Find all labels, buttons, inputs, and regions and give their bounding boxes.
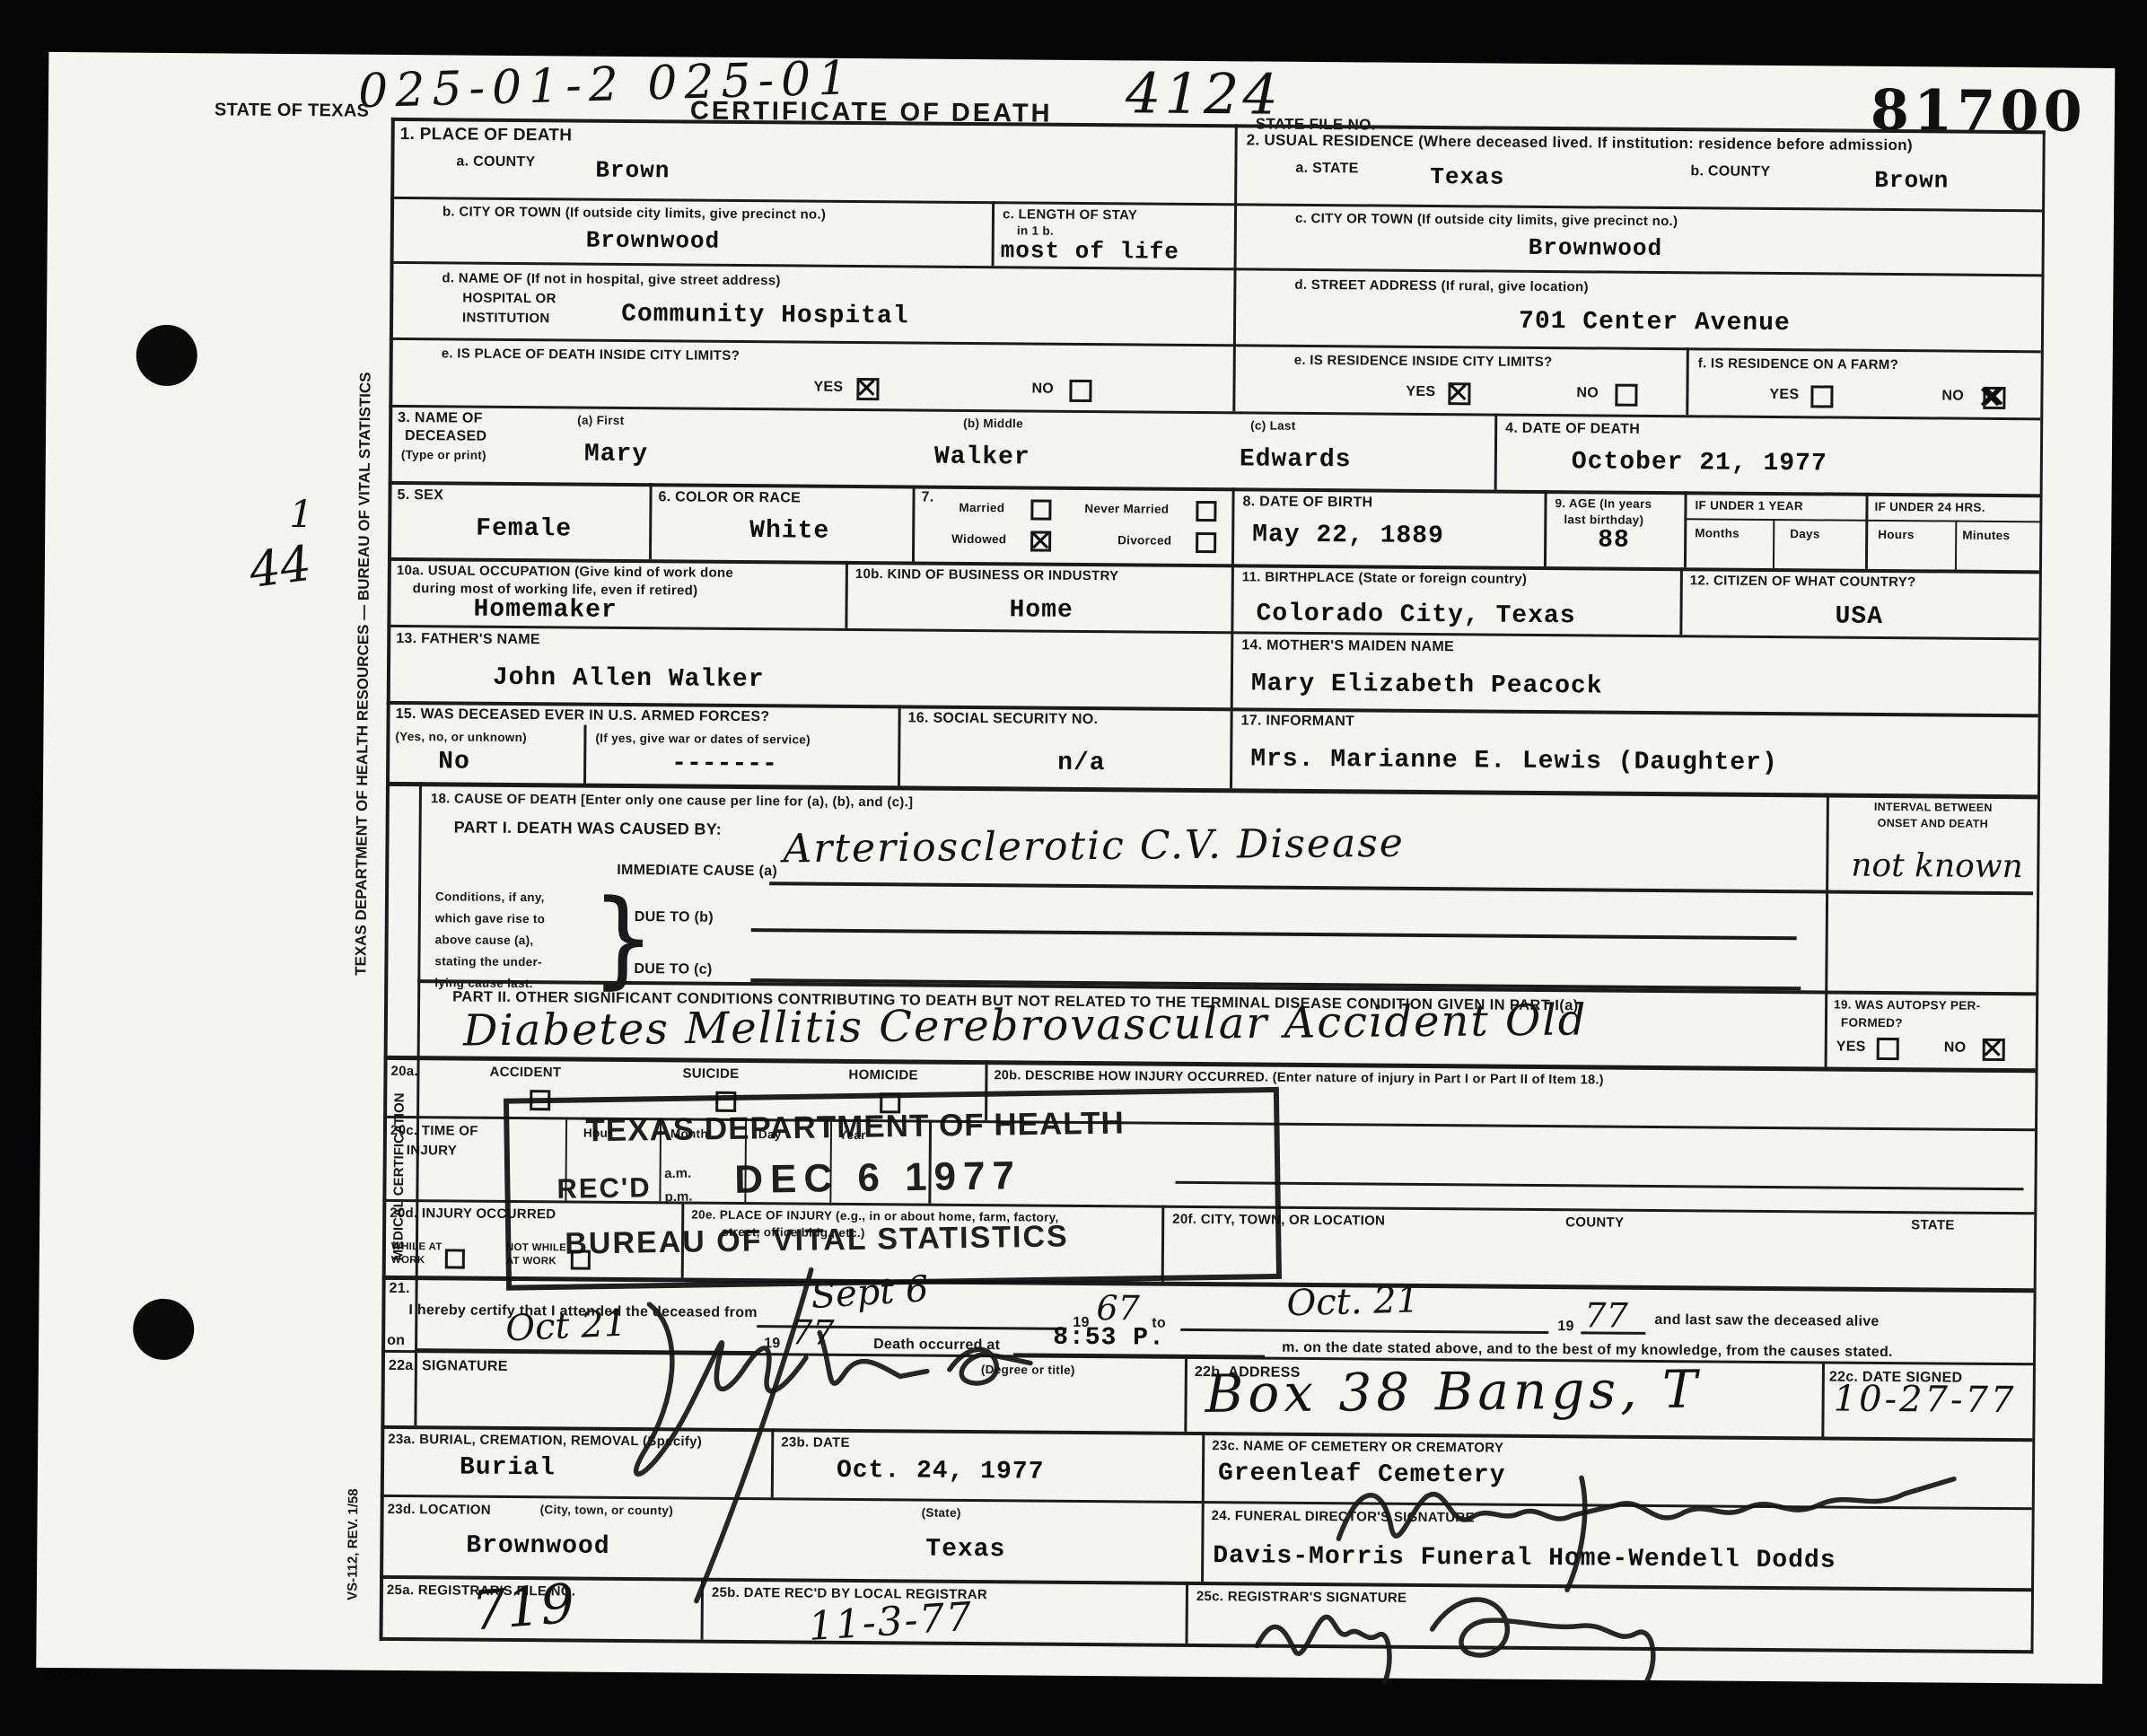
ssn-value: n/a	[1057, 750, 1106, 777]
stamp-date: DEC 6 1977	[734, 1153, 1021, 1203]
stay-label: c. LENGTH OF STAY	[1003, 206, 1137, 223]
margin-handwritten-44: 44	[246, 535, 314, 599]
race-value: White	[749, 517, 829, 546]
grid-line	[389, 405, 2040, 420]
occupation-value: Homemaker	[473, 596, 617, 625]
deceased-title-3: (Type or print)	[401, 448, 486, 462]
informant-value: Mrs. Marianne E. Lewis (Daughter)	[1250, 745, 1778, 777]
interval-value: not known	[1851, 847, 2023, 886]
grid-line	[1686, 347, 1689, 415]
farm-label: f. IS RESIDENCE ON A FARM?	[1698, 355, 1899, 373]
certify-line1-b: and last saw the deceased alive	[1654, 1312, 1879, 1330]
grid-line	[1201, 1501, 1205, 1582]
interval-label-2: ONSET AND DEATH	[1878, 817, 1988, 830]
deceased-title-1: 3. NAME OF	[398, 410, 483, 427]
injury-20b-line	[1176, 1181, 2024, 1190]
grid-line	[1186, 1582, 1189, 1644]
under-1-year-label: IF UNDER 1 YEAR	[1695, 498, 1803, 513]
due-b-line	[751, 928, 1797, 940]
married-label: Married	[959, 501, 1004, 514]
age-value: 88	[1598, 526, 1630, 554]
dob-value: May 22, 1889	[1252, 521, 1444, 550]
months-label: Months	[1695, 526, 1740, 539]
pod-county-value: Brown	[595, 157, 670, 185]
punch-hole	[133, 1299, 195, 1361]
funeral-director-signature	[1320, 1440, 1967, 1598]
registrar-signature	[1230, 1578, 1751, 1690]
conditions-line-3: above cause (a),	[435, 933, 534, 947]
signature-label: 22a. SIGNATURE	[389, 1358, 508, 1375]
suicide-label: SUICIDE	[682, 1065, 739, 1081]
certify-19-b: 19	[1557, 1319, 1574, 1335]
location-city-value: Brownwood	[466, 1532, 609, 1561]
hours-label: Hours	[1878, 528, 1915, 541]
hospital-label-2: HOSPITAL OR	[462, 291, 556, 307]
certify-number: 21.	[390, 1281, 410, 1297]
burial-label: 23a. BURIAL, CREMATION, REMOVAL (Specify…	[388, 1432, 702, 1450]
stamp-am-label: a.m.	[664, 1166, 691, 1181]
father-value: John Allen Walker	[493, 664, 765, 694]
injury-20b-label: 20b. DESCRIBE HOW INJURY OCCURRED. (Ente…	[994, 1068, 1604, 1087]
cause-a-line	[769, 881, 2033, 895]
due-to-c-label: DUE TO (c)	[634, 961, 712, 978]
armed-forces-answer: No	[438, 748, 470, 776]
citizen-label: 12. CITIZEN OF WHAT COUNTRY?	[1690, 573, 1916, 590]
residence-title: 2. USUAL RESIDENCE (Where deceased lived…	[1247, 131, 1913, 154]
grid-line	[583, 725, 587, 784]
while-at-work-checkbox[interactable]	[445, 1249, 465, 1268]
injury-20c-label-1: 20c. TIME OF	[390, 1123, 478, 1139]
conditions-brace: }	[591, 877, 655, 1000]
autopsy-label-2: FORMED?	[1841, 1016, 1903, 1030]
punch-hole	[136, 325, 197, 387]
margin-handwritten-1: 1	[289, 492, 313, 536]
last-name-value: Edwards	[1240, 445, 1352, 474]
days-label: Days	[1790, 527, 1820, 540]
dob-label: 8. DATE OF BIRTH	[1242, 494, 1372, 511]
citizen-value: USA	[1835, 603, 1883, 631]
grid-line	[1494, 414, 1498, 490]
burial-type-value: Burial	[460, 1454, 556, 1483]
margin-department-label: TEXAS DEPARTMENT OF HEALTH RESOURCES — B…	[352, 372, 374, 976]
location-label: 23d. LOCATION	[388, 1502, 491, 1518]
cause-of-death-label: 18. CAUSE OF DEATH [Enter only one cause…	[431, 791, 914, 810]
divorced-label: Divorced	[1117, 533, 1171, 547]
grid-line	[1202, 1432, 1205, 1501]
injury-county-label: COUNTY	[1565, 1214, 1624, 1231]
place-of-death-title: 1. PLACE OF DEATH	[400, 125, 573, 146]
registrar-file-value: 719	[469, 1573, 577, 1644]
grid-line	[992, 201, 995, 266]
hospital-label-3: INSTITUTION	[462, 311, 550, 327]
first-name-label: (a) First	[577, 414, 624, 427]
certify-to-hand: Oct. 21	[1286, 1279, 1420, 1324]
res-county-label: b. COUNTY	[1690, 163, 1770, 180]
farm-yes-label: YES	[1769, 387, 1799, 403]
widowed-checkbox[interactable]	[1030, 530, 1051, 551]
homicide-label: HOMICIDE	[848, 1067, 918, 1083]
injury-state-label: STATE	[1911, 1217, 1955, 1232]
mother-value: Mary Elizabeth Peacock	[1251, 670, 1603, 700]
date-of-death-value: October 21, 1977	[1572, 448, 1827, 478]
immediate-cause-value: Arteriosclerotic C.V. Disease	[783, 820, 1405, 872]
grid-line	[649, 483, 653, 559]
date-signed-value: 10-27-77	[1833, 1379, 2016, 1422]
autopsy-yes-checkbox[interactable]	[1877, 1038, 1899, 1060]
pod-yes-label: YES	[813, 380, 843, 396]
street-label: d. STREET ADDRESS (If rural, give locati…	[1294, 277, 1589, 295]
certificate-page: TEXAS DEPARTMENT OF HEALTH RESOURCES — B…	[36, 52, 2115, 1684]
certify-to-year-hand: 77	[1584, 1295, 1628, 1335]
location-state-value: Texas	[925, 1536, 1005, 1565]
armed-forces-sub-2: (If yes, give war or dates of service)	[595, 732, 811, 747]
grid-line	[389, 481, 2040, 497]
certify-on-word: on	[387, 1333, 405, 1349]
grid-line	[387, 625, 2038, 640]
ssn-label: 16. SOCIAL SECURITY NO.	[908, 710, 1099, 728]
accident-label: ACCIDENT	[489, 1065, 561, 1081]
while-at-work-label-1: WHILE AT	[391, 1241, 443, 1252]
hospital-value: Community Hospital	[621, 301, 909, 331]
under-24-hrs-label: IF UNDER 24 HRS.	[1874, 500, 1985, 514]
middle-name-value: Walker	[934, 443, 1030, 472]
while-at-work-label-2: WORK	[391, 1255, 425, 1266]
grid-line	[898, 705, 901, 785]
grid-line	[1821, 1361, 1825, 1436]
res-city-label: c. CITY OR TOWN (If outside city limits,…	[1295, 211, 1678, 229]
age-label-1: 9. AGE (In years	[1555, 496, 1652, 511]
last-name-label: (c) Last	[1250, 418, 1296, 432]
business-value: Home	[1009, 596, 1073, 625]
physician-signature	[539, 1249, 1170, 1613]
grid-line	[1684, 491, 1687, 567]
burial-date-label: 23b. DATE	[781, 1434, 850, 1451]
grid-line	[1825, 793, 1829, 1066]
stamp-pm-label: p.m.	[664, 1189, 692, 1205]
divorced-checkbox[interactable]	[1196, 532, 1216, 553]
armed-forces-label: 15. WAS DECEASED EVER IN U.S. ARMED FORC…	[396, 706, 770, 725]
address-value: Box 38 Bangs, T	[1205, 1359, 1702, 1425]
date-of-death-label: 4. DATE OF DEATH	[1505, 421, 1640, 438]
due-to-b-label: DUE TO (b)	[635, 909, 714, 926]
stamp-recd-label: REC'D	[556, 1171, 652, 1206]
middle-name-label: (b) Middle	[963, 416, 1023, 431]
location-city-sub-label: (City, town, or county)	[540, 1503, 674, 1517]
armed-forces-dates: -------	[671, 750, 777, 778]
conditions-line-4: stating the under-	[434, 954, 542, 969]
armed-forces-sub-1: (Yes, no, or unknown)	[395, 730, 527, 744]
grid-line	[1184, 1356, 1187, 1432]
res-limits-label: e. IS RESIDENCE INSIDE CITY LIMITS?	[1294, 353, 1553, 370]
grid-line	[845, 561, 848, 628]
state-file-number: 81700	[1871, 77, 2087, 145]
conditions-line-2: which gave rise to	[435, 911, 546, 925]
pod-limits-label: e. IS PLACE OF DEATH INSIDE CITY LIMITS?	[442, 346, 740, 364]
birthplace-label: 11. BIRTHPLACE (State or foreign country…	[1242, 569, 1527, 586]
father-label: 13. FATHER'S NAME	[396, 631, 540, 648]
pod-county-label: a. COUNTY	[456, 153, 535, 171]
first-name-value: Mary	[584, 441, 648, 469]
sex-label: 5. SEX	[397, 487, 443, 504]
informant-label: 17. INFORMANT	[1241, 713, 1355, 730]
margin-form-number: VS-112, REV. 1/58	[345, 1488, 361, 1600]
never-married-checkbox[interactable]	[1196, 501, 1216, 522]
pod-no-label: NO	[1031, 381, 1054, 398]
street-value: 701 Center Avenue	[1519, 308, 1791, 338]
race-label: 6. COLOR OR RACE	[658, 489, 801, 506]
autopsy-no-checkbox[interactable]	[1983, 1039, 2005, 1061]
grid-line	[1773, 519, 1775, 568]
marital-number: 7.	[921, 490, 933, 506]
location-state-sub-label: (State)	[922, 1506, 961, 1520]
pod-no-checkbox[interactable]	[1069, 380, 1091, 402]
pod-city-label: b. CITY OR TOWN (If outside city limits,…	[443, 204, 826, 222]
widowed-label: Widowed	[951, 532, 1006, 546]
grid-line	[1955, 521, 1957, 570]
farm-no-checkbox[interactable]	[1983, 387, 2005, 409]
age-label-2: last birthday)	[1564, 513, 1643, 527]
grid-line	[912, 485, 916, 561]
stay-sub-label: in 1 b.	[1017, 224, 1054, 237]
res-state-label: a. STATE	[1295, 161, 1358, 178]
stamp-line-1: TEXAS DEPARTMENT OF HEALTH	[585, 1105, 1125, 1149]
stay-value: most of life	[1001, 237, 1179, 266]
state-of-texas-label: STATE OF TEXAS	[215, 100, 370, 121]
grid-line	[1544, 490, 1547, 566]
res-yes-label: YES	[1406, 384, 1435, 400]
hospital-label-1: d. NAME OF (If not in hospital, give str…	[442, 270, 780, 288]
res-yes-checkbox[interactable]	[1448, 382, 1470, 405]
part2-value: Diabetes Mellitis Cerebrovascular Accide…	[463, 995, 1588, 1056]
certify-line	[1581, 1331, 1645, 1335]
autopsy-label-1: 19. WAS AUTOPSY PER-	[1834, 998, 1980, 1013]
deceased-title-2: DECEASED	[405, 428, 486, 445]
conditions-line-1: Conditions, if any,	[435, 890, 545, 904]
mother-label: 14. MOTHER'S MAIDEN NAME	[1241, 637, 1454, 655]
minutes-label: Minutes	[1962, 529, 2010, 542]
pod-yes-checkbox[interactable]	[856, 378, 879, 400]
birthplace-value: Colorado City, Texas	[1256, 600, 1575, 630]
res-no-checkbox[interactable]	[1615, 384, 1637, 407]
res-county-value: Brown	[1874, 167, 1949, 195]
grid-line	[1684, 518, 2039, 522]
res-no-label: NO	[1576, 385, 1599, 401]
part1-label: PART I. DEATH WAS CAUSED BY:	[454, 818, 723, 838]
married-checkbox[interactable]	[1030, 499, 1051, 520]
occupation-label-1: 10a. USUAL OCCUPATION (Give kind of work…	[397, 563, 733, 581]
autopsy-yes-label: YES	[1836, 1039, 1866, 1056]
grid-line	[414, 782, 422, 1425]
grid-line	[1679, 567, 1683, 635]
grid-line	[380, 118, 395, 1641]
res-state-value: Texas	[1430, 163, 1504, 191]
res-city-value: Brownwood	[1529, 234, 1663, 262]
never-married-label: Never Married	[1084, 502, 1169, 516]
grid-line	[1865, 493, 1869, 569]
business-label: 10b. KIND OF BUSINESS OR INDUSTRY	[855, 566, 1119, 583]
autopsy-no-label: NO	[1944, 1040, 1967, 1057]
interval-label-1: INTERVAL BETWEEN	[1874, 801, 1993, 814]
farm-yes-checkbox[interactable]	[1810, 385, 1833, 408]
injury-20c-label-2: INJURY	[407, 1143, 457, 1158]
pod-city-value: Brownwood	[586, 227, 721, 255]
injury-20a-number: 20a.	[390, 1064, 418, 1079]
sex-value: Female	[476, 515, 572, 544]
grid-line	[1230, 487, 1235, 788]
certify-line	[1180, 1328, 1548, 1334]
grid-line	[380, 1637, 2034, 1653]
burial-date-value: Oct. 24, 1977	[837, 1457, 1045, 1486]
farm-no-label: NO	[1941, 388, 1964, 404]
